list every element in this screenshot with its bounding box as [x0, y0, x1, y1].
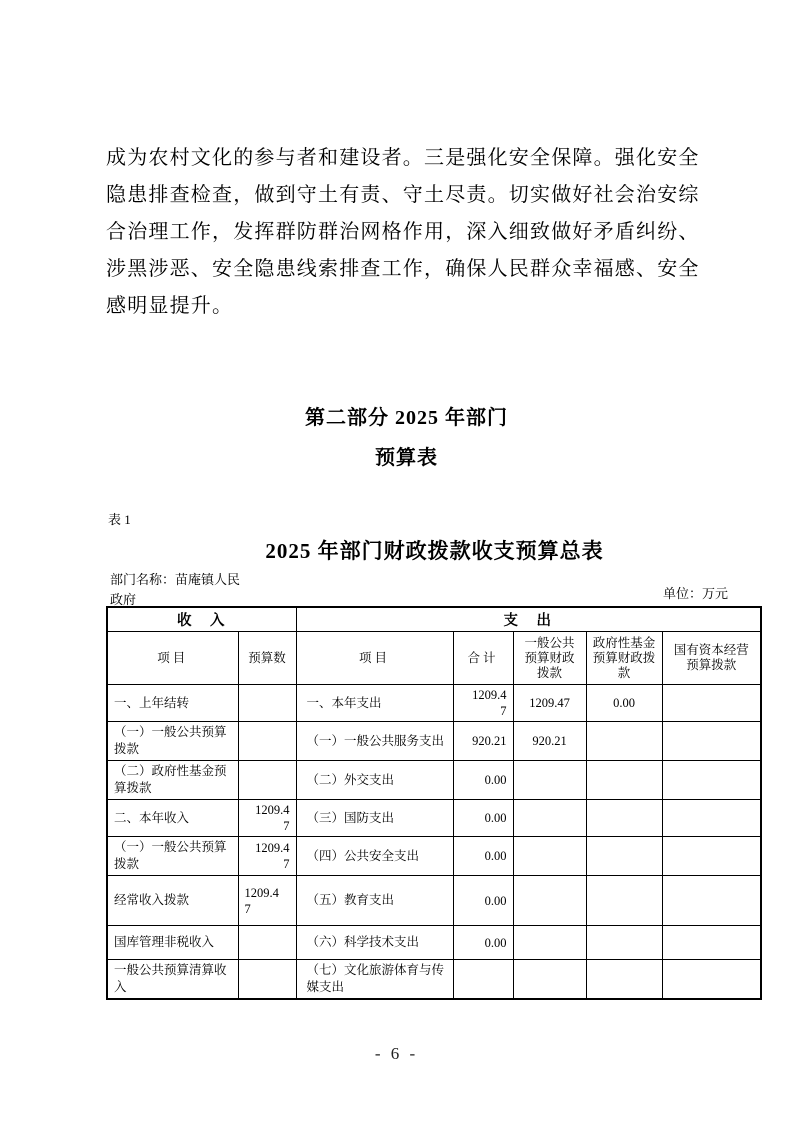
gov-fund-cell [586, 960, 662, 1000]
expense-item-cell: （五）教育支出 [296, 876, 453, 926]
total-cell: 0.00 [453, 761, 513, 800]
expense-item-cell: （七）文化旅游体育与传媒支出 [296, 960, 453, 1000]
section-heading-line2: 预算表 [10, 438, 793, 478]
total-cell: 0.00 [453, 926, 513, 960]
income-item-cell: 一般公共预算清算收入 [107, 960, 238, 1000]
table-row: 一般公共预算清算收入 （七）文化旅游体育与传媒支出 [107, 960, 761, 1000]
table-row: 二、本年收入 1209.47 （三）国防支出 0.00 [107, 800, 761, 837]
income-budget-cell [238, 761, 296, 800]
gov-fund-cell [586, 876, 662, 926]
income-item-cell: （一）一般公共预算拨款 [107, 722, 238, 761]
general-public-cell: 920.21 [513, 722, 586, 761]
general-public-cell [513, 837, 586, 876]
general-public-cell [513, 960, 586, 1000]
table-row: （二）政府性基金预算拨款 （二）外交支出 0.00 [107, 761, 761, 800]
expenditure-group-header: 支 出 [296, 607, 761, 632]
gov-fund-cell: 0.00 [586, 685, 662, 722]
state-capital-cell [662, 837, 761, 876]
expense-item-cell: （四）公共安全支出 [296, 837, 453, 876]
column-header-row: 项目 预算数 项目 合计 一般公共预算财政拨款 政府性基金预算财政拨款 国有资本… [107, 632, 761, 685]
general-public-cell [513, 876, 586, 926]
state-capital-cell [662, 960, 761, 1000]
body-paragraph: 成为农村文化的参与者和建设者。三是强化安全保障。强化安全 隐患排查检查，做到守土… [106, 140, 708, 325]
income-item-cell: 国库管理非税收入 [107, 926, 238, 960]
department-name: 部门名称：苗庵镇人民 政府 [110, 570, 240, 610]
body-paragraph-line: 合治理工作，发挥群防群治网格作用，深入细致做好矛盾纠纷、 [106, 214, 708, 251]
table-row: 国库管理非税收入 （六）科学技术支出 0.00 [107, 926, 761, 960]
expense-item-cell: （一）一般公共服务支出 [296, 722, 453, 761]
income-budget-cell: 1209.47 [238, 800, 296, 837]
income-group-header: 收 入 [107, 607, 296, 632]
table-row: （一）一般公共预算拨款 1209.47 （四）公共安全支出 0.00 [107, 837, 761, 876]
gov-fund-header: 政府性基金预算财政拨款 [586, 632, 662, 685]
body-paragraph-line: 感明显提升。 [106, 288, 708, 325]
gov-fund-cell [586, 926, 662, 960]
income-budget-cell [238, 960, 296, 1000]
total-cell: 0.00 [453, 837, 513, 876]
total-header: 合计 [453, 632, 513, 685]
total-cell [453, 960, 513, 1000]
general-public-cell [513, 926, 586, 960]
income-item-cell: 一、上年结转 [107, 685, 238, 722]
general-public-cell [513, 800, 586, 837]
body-paragraph-line: 成为农村文化的参与者和建设者。三是强化安全保障。强化安全 [106, 140, 708, 177]
income-budget-header: 预算数 [238, 632, 296, 685]
income-budget-cell [238, 722, 296, 761]
expense-item-cell: 一、本年支出 [296, 685, 453, 722]
general-public-cell [513, 761, 586, 800]
general-public-cell: 1209.47 [513, 685, 586, 722]
gov-fund-cell [586, 800, 662, 837]
unit-label: 单位：万元 [663, 583, 728, 602]
state-capital-cell [662, 761, 761, 800]
income-item-cell: （二）政府性基金预算拨款 [107, 761, 238, 800]
table-row: 一、上年结转 一、本年支出 1209.47 1209.47 0.00 [107, 685, 761, 722]
department-name-line1: 部门名称：苗庵镇人民 [110, 570, 240, 590]
gov-fund-cell [586, 761, 662, 800]
expense-item-cell: （六）科学技术支出 [296, 926, 453, 960]
group-header-row: 收 入 支 出 [107, 607, 761, 632]
total-cell: 1209.47 [453, 685, 513, 722]
income-budget-cell [238, 926, 296, 960]
section-heading-line1: 第二部分 2025 年部门 [10, 398, 793, 438]
expense-item-header: 项目 [296, 632, 453, 685]
income-budget-cell: 1209.47 [238, 837, 296, 876]
income-item-cell: （一）一般公共预算拨款 [107, 837, 238, 876]
income-item-cell: 经常收入拨款 [107, 876, 238, 926]
income-budget-cell: 1209.47 [238, 876, 296, 926]
expense-item-cell: （三）国防支出 [296, 800, 453, 837]
state-capital-cell [662, 800, 761, 837]
general-public-header: 一般公共预算财政拨款 [513, 632, 586, 685]
state-capital-cell [662, 685, 761, 722]
section-heading: 第二部分 2025 年部门 预算表 [10, 398, 793, 478]
expense-item-cell: （二）外交支出 [296, 761, 453, 800]
budget-table: 收 入 支 出 项目 预算数 项目 合计 一般公共预算财政拨款 政府性基金预算财… [106, 606, 762, 1000]
state-capital-cell [662, 926, 761, 960]
table-row: 经常收入拨款 1209.47 （五）教育支出 0.00 [107, 876, 761, 926]
document-page: 成为农村文化的参与者和建设者。三是强化安全保障。强化安全 隐患排查检查，做到守土… [0, 0, 793, 1122]
total-cell: 0.00 [453, 876, 513, 926]
table-title: 2025 年部门财政拨款收支预算总表 [106, 535, 763, 565]
body-paragraph-line: 隐患排查检查，做到守土有责、守土尽责。切实做好社会治安综 [106, 177, 708, 214]
state-capital-cell [662, 722, 761, 761]
gov-fund-cell [586, 722, 662, 761]
table-row: （一）一般公共预算拨款 （一）一般公共服务支出 920.21 920.21 [107, 722, 761, 761]
income-item-cell: 二、本年收入 [107, 800, 238, 837]
gov-fund-cell [586, 837, 662, 876]
total-cell: 0.00 [453, 800, 513, 837]
body-paragraph-line: 涉黑涉恶、安全隐患线索排查工作，确保人民群众幸福感、安全 [106, 251, 708, 288]
table-label: 表 1 [108, 509, 131, 528]
state-capital-cell [662, 876, 761, 926]
income-item-header: 项目 [107, 632, 238, 685]
page-number: - 6 - [0, 1044, 793, 1064]
total-cell: 920.21 [453, 722, 513, 761]
income-budget-cell [238, 685, 296, 722]
state-capital-header: 国有资本经营预算拨款 [662, 632, 761, 685]
